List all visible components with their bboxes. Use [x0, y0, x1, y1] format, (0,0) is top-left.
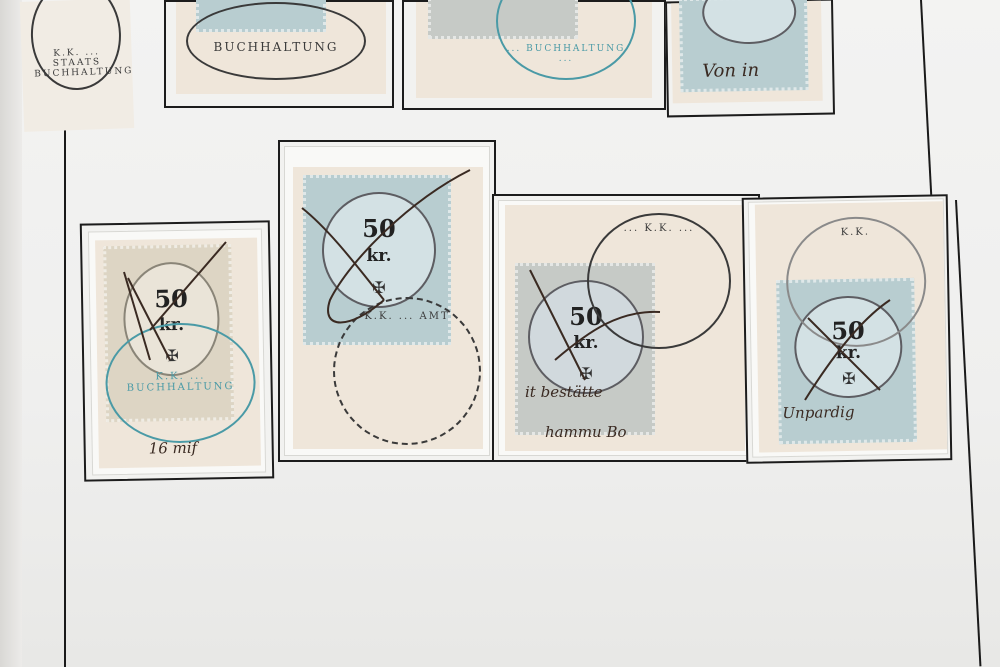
stamp-piece: 50 kr. ✠ ... K.K. ... it bestätte hammu …	[505, 205, 745, 451]
stamp-mount: 50 kr. ✠ K.K. Unpardig	[748, 198, 948, 457]
top-frame-4: Von in	[665, 0, 835, 117]
manuscript-note: it bestätte	[525, 383, 603, 401]
page-edge	[0, 0, 22, 667]
cancel-text: ... BUCHHALTUNG ...	[498, 44, 634, 64]
cancel-text: BUCHHALTUNG	[188, 40, 364, 54]
double-eagle-icon: ✠	[579, 364, 592, 383]
manuscript-note: Unpardig	[782, 403, 854, 422]
cancel-text: K.K.	[787, 226, 923, 239]
stamp-mount: 50 kr. ✠ K.K. ... BUCHHALTUNG 16 mif	[88, 229, 266, 476]
stamp-frame-3: 50 kr. ✠ ... K.K. ... it bestätte hammu …	[492, 194, 760, 462]
cancel-text: K.K. ... BUCHHALTUNG	[107, 370, 253, 395]
stamp-unit: kr.	[324, 246, 434, 266]
stamp-oval: 50 kr. ✠	[322, 192, 436, 308]
stamp-mount: 50 kr. ✠ K.K. ... AMT	[284, 146, 490, 456]
top-stamp-piece-1: K.K. ... STAATS BUCHHALTUNG	[20, 0, 134, 132]
stamp-frame-2: 50 kr. ✠ K.K. ... AMT	[278, 140, 496, 462]
top-frame-2: BUCHHALTUNG	[164, 0, 394, 108]
album-page: K.K. ... STAATS BUCHHALTUNG BUCHHALTUNG …	[0, 0, 1000, 667]
top-frame-3: ... BUCHHALTUNG ...	[402, 0, 666, 110]
stamp-oval	[702, 0, 797, 45]
cancel-postmark: K.K. ... STAATS BUCHHALTUNG	[29, 0, 123, 92]
stamp-frame-4: 50 kr. ✠ K.K. Unpardig	[742, 194, 953, 464]
manuscript-note-2: hammu Bo	[545, 423, 627, 441]
double-eagle-icon: ✠	[372, 278, 385, 297]
cancel-postmark: BUCHHALTUNG	[186, 2, 366, 80]
stamp-mount: 50 kr. ✠ ... K.K. ... it bestätte hammu …	[498, 200, 754, 456]
album-rule-right-lower	[955, 200, 981, 666]
cancel-postmark: K.K. ... AMT	[333, 297, 481, 445]
stamp-piece: 50 kr. ✠ K.K. ... AMT	[293, 167, 483, 449]
stamp-piece: 50 kr. ✠ K.K. Unpardig	[755, 201, 947, 452]
top-stamp-piece-4: Von in	[671, 1, 823, 104]
album-rule-left	[64, 112, 66, 667]
cancel-text: K.K. ... AMT	[335, 311, 479, 322]
double-eagle-icon: ✠	[842, 369, 856, 388]
top-stamp-piece-3: ... BUCHHALTUNG ...	[416, 2, 652, 98]
manuscript-note: 16 mif	[149, 439, 198, 458]
cancel-postmark: K.K. ... BUCHHALTUNG	[105, 322, 257, 445]
cancel-text: K.K. ... STAATS BUCHHALTUNG	[33, 47, 120, 80]
stamp-piece: 50 kr. ✠ K.K. ... BUCHHALTUNG 16 mif	[95, 238, 261, 469]
cancel-postmark: ... BUCHHALTUNG ...	[496, 0, 636, 80]
cancel-postmark: ... K.K. ...	[587, 213, 731, 349]
manuscript-note: Von in	[702, 60, 759, 82]
stamp-frame-1: 50 kr. ✠ K.K. ... BUCHHALTUNG 16 mif	[80, 220, 274, 481]
stamp-denomination: 50	[324, 214, 434, 243]
stamp-denomination: 50	[125, 283, 217, 314]
top-stamp-piece-2: BUCHHALTUNG	[176, 2, 386, 94]
cancel-text: ... K.K. ...	[589, 223, 729, 234]
album-rule-right	[920, 0, 932, 200]
